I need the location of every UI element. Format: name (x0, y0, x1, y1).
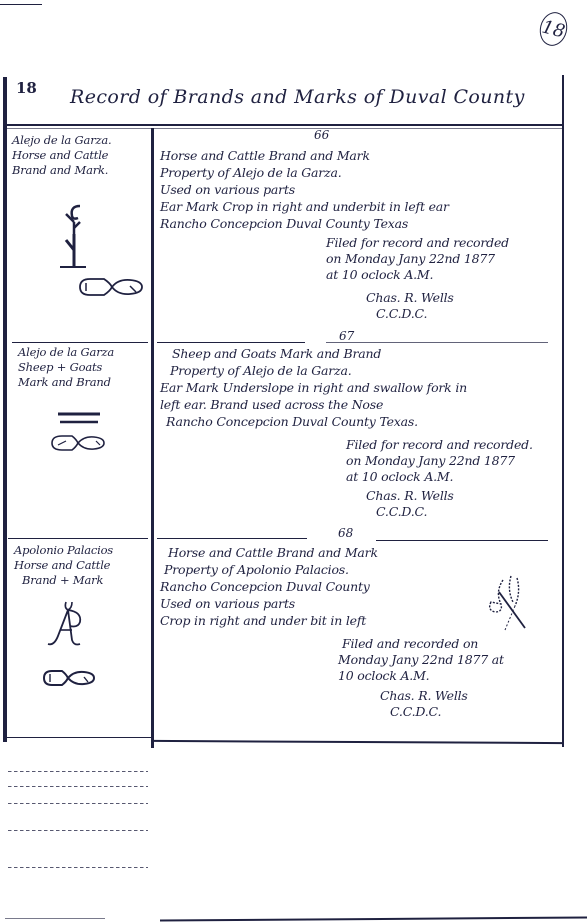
title-underline (5, 124, 563, 126)
entry-body: Sheep and Goats Mark and Brand Property … (160, 345, 467, 430)
body-line: Rancho Concepcion Duval County (160, 578, 378, 595)
clerk-name: Chas. R. Wells (366, 488, 454, 504)
clerk-signature: Chas. R. Wells C.C.D.C. (380, 688, 468, 720)
clerk-name: Chas. R. Wells (380, 688, 468, 704)
branch-brand-icon (56, 200, 92, 270)
ledger-left-border (3, 77, 7, 742)
body-line: left ear. Brand used across the Nose (160, 396, 467, 413)
entry-number: 67 (339, 329, 354, 343)
clerk-title: C.C.D.C. (380, 704, 468, 720)
filing-line: Filed for record and recorded. (346, 437, 533, 453)
entry-body: Horse and Cattle Brand and Mark Property… (160, 544, 378, 629)
left-column-ruling (8, 867, 148, 868)
title-underline-second (5, 128, 563, 129)
filing-line: at 10 oclock A.M. (346, 469, 533, 485)
clerk-title: C.C.D.C. (366, 504, 454, 520)
filing-line: 10 oclock A.M. (338, 668, 504, 684)
record-type: Mark and Brand (18, 375, 114, 390)
body-line: Ear Mark Crop in right and underbit in l… (160, 198, 449, 215)
filing-note: Filed and recorded on Monday Jany 22nd 1… (338, 636, 504, 684)
entry-separator (326, 342, 548, 343)
body-line: Rancho Concepcion Duval County Texas (160, 215, 449, 232)
page-foot-rule (160, 917, 587, 922)
entry-number: 66 (314, 128, 329, 142)
entry-separator (12, 342, 148, 343)
body-line: Property of Alejo de la Garza. (160, 164, 449, 181)
scissors-doodle-icon (485, 572, 533, 632)
filing-line: Monday Jany 22nd 1877 at (338, 652, 504, 668)
double-bar-brand-icon (56, 410, 102, 426)
ear-mark-crop-under-bit-icon (40, 668, 98, 688)
top-rule-fragment (0, 4, 42, 5)
body-line: Property of Alejo de la Garza. (160, 362, 467, 379)
left-column-ruling (8, 786, 148, 787)
body-line: Sheep and Goats Mark and Brand (160, 345, 467, 362)
body-line: Used on various parts (160, 181, 449, 198)
ear-mark-crop-underbit-icon (74, 275, 146, 299)
folio-stamp-number: 18 (540, 16, 567, 42)
owner-name: Alejo de la Garza (18, 345, 114, 360)
folio-stamp: 18 (536, 9, 570, 49)
body-line: Used on various parts (160, 595, 378, 612)
entry-left-label: Alejo de la Garza. Horse and Cattle Bran… (12, 133, 111, 178)
filing-line: on Monday Jany 22nd 1877 (346, 453, 533, 469)
entry-left-label: Apolonio Palacios Horse and Cattle Brand… (14, 543, 113, 588)
body-line: Crop in right and under bit in left (160, 612, 378, 629)
entry-number: 68 (338, 526, 353, 540)
bottom-rule (152, 740, 564, 744)
column-divider (151, 128, 154, 748)
page-title: Record of Brands and Marks of Duval Coun… (70, 86, 525, 108)
filing-note: Filed for record and recorded on Monday … (326, 235, 509, 283)
entry-left-label: Alejo de la Garza Sheep + Goats Mark and… (18, 345, 114, 390)
entry-body: Horse and Cattle Brand and Mark Property… (160, 147, 449, 232)
entry-separator (157, 342, 305, 343)
page-foot-rule-left (5, 918, 105, 919)
owner-name: Apolonio Palacios (14, 543, 113, 558)
ear-mark-underslope-swallowfork-icon (48, 433, 108, 453)
ledger-right-border (562, 75, 564, 747)
body-line: Horse and Cattle Brand and Mark (160, 544, 378, 561)
owner-name: Alejo de la Garza. (12, 133, 111, 148)
clerk-title: C.C.D.C. (366, 306, 454, 322)
filing-line: Filed and recorded on (338, 636, 504, 652)
left-column-ruling (8, 830, 148, 831)
ap-monogram-brand-icon (42, 600, 90, 650)
record-type: Brand + Mark (14, 573, 113, 588)
filing-line: at 10 oclock A.M. (326, 267, 509, 283)
clerk-name: Chas. R. Wells (366, 290, 454, 306)
entry-separator (8, 538, 148, 539)
page-number: 18 (16, 79, 37, 97)
entry-separator (376, 540, 548, 541)
clerk-signature: Chas. R. Wells C.C.D.C. (366, 290, 454, 322)
stock-type: Horse and Cattle (12, 148, 111, 163)
stock-type: Horse and Cattle (14, 558, 113, 573)
body-line: Horse and Cattle Brand and Mark (160, 147, 449, 164)
bottom-rule-left (5, 737, 151, 738)
filing-line: Filed for record and recorded (326, 235, 509, 251)
filing-note: Filed for record and recorded. on Monday… (346, 437, 533, 485)
body-line: Rancho Concepcion Duval County Texas. (160, 413, 467, 430)
left-column-ruling (8, 803, 148, 804)
clerk-signature: Chas. R. Wells C.C.D.C. (366, 488, 454, 520)
body-line: Property of Apolonio Palacios. (160, 561, 378, 578)
record-type: Brand and Mark. (12, 163, 111, 178)
filing-line: on Monday Jany 22nd 1877 (326, 251, 509, 267)
stock-type: Sheep + Goats (18, 360, 114, 375)
left-column-ruling (8, 771, 148, 772)
body-line: Ear Mark Underslope in right and swallow… (160, 379, 467, 396)
entry-separator (157, 538, 307, 539)
